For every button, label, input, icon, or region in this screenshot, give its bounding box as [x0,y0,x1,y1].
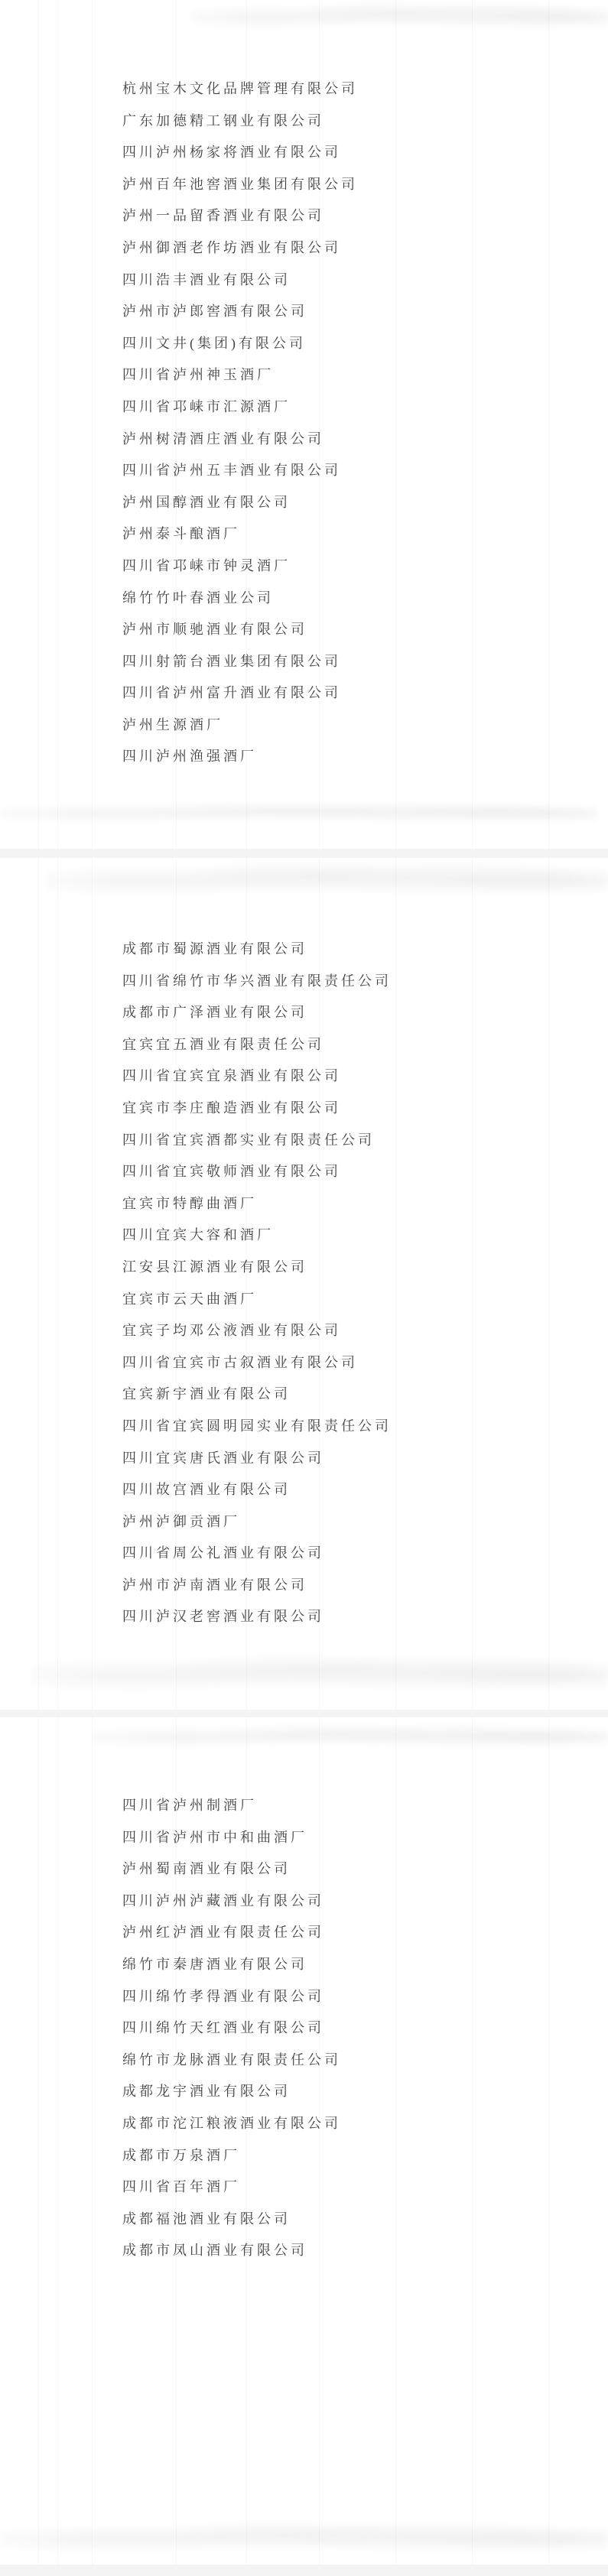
company-name: 成都福池酒业有限公司 [122,2204,341,2236]
scanned-document: { "document": { "type": "scanned company… [0,0,608,2576]
company-name: 宜宾子均邓公液酒业有限公司 [122,1315,392,1347]
page-separator-1 [0,849,608,858]
company-name: 成都龙宇酒业有限公司 [122,2076,341,2108]
company-name: 泸州一品留香酒业有限公司 [122,200,358,232]
company-name: 四川浩丰酒业有限公司 [122,265,358,297]
company-name: 杭州宝木文化品牌管理有限公司 [122,73,358,106]
company-name: 四川绵竹孝得酒业有限公司 [122,1981,341,2013]
scan-gridline [472,0,473,2576]
scan-gridline [548,0,549,2576]
company-name: 成都市凤山酒业有限公司 [122,2235,341,2267]
scan-smudge-top [191,0,608,34]
company-name: 四川省泸州富升酒业有限公司 [122,677,358,710]
company-name: 四川绵竹天红酒业有限公司 [122,2012,341,2045]
company-name: 泸州红泸酒业有限责任公司 [122,1917,341,1949]
company-name: 四川省宜宾宜泉酒业有限公司 [122,1061,392,1093]
scan-smudge-bottom [0,2519,608,2559]
company-name: 宜宾市特醇曲酒厂 [122,1188,392,1220]
company-name: 四川射箭台酒业集团有限公司 [122,646,358,678]
company-name: 江安县江源酒业有限公司 [122,1252,392,1284]
company-name: 绵竹市龙脉酒业有限责任公司 [122,2045,341,2077]
company-name: 四川泸汉老窖酒业有限公司 [122,1601,392,1633]
company-name: 四川文井(集团)有限公司 [122,328,358,360]
company-name: 四川省百年酒厂 [122,2172,341,2204]
company-name: 四川省泸州制酒厂 [122,1790,341,1822]
company-name: 成都市蜀源酒业有限公司 [122,934,392,966]
company-name: 泸州泸御贡酒厂 [122,1506,392,1538]
company-name: 四川省邛崃市钟灵酒厂 [122,551,358,583]
company-name: 绵竹市秦唐酒业有限公司 [122,1949,341,1981]
scan-gridline [92,0,93,2576]
company-name: 宜宾新宇酒业有限公司 [122,1379,392,1411]
company-name: 四川泸州泸藏酒业有限公司 [122,1886,341,1918]
scan-smudge-page3-top [92,1722,608,1753]
company-name: 四川省宜宾圆明园实业有限责任公司 [122,1411,392,1443]
company-name: 四川省泸州市中和曲酒厂 [122,1822,341,1854]
company-name: 四川宜宾唐氏酒业有限公司 [122,1443,392,1475]
page-separator-3 [0,2565,608,2576]
company-list-page-2: 成都市蜀源酒业有限公司四川省绵竹市华兴酒业有限责任公司成都市广泽酒业有限公司宜宾… [122,934,392,1633]
company-name: 四川省泸州神玉酒厂 [122,359,358,391]
company-name: 四川故宫酒业有限公司 [122,1474,392,1506]
company-name: 四川泸州渔强酒厂 [122,741,358,773]
company-list-page-3: 四川省泸州制酒厂四川省泸州市中和曲酒厂泸州蜀南酒业有限公司四川泸州泸藏酒业有限公… [122,1790,341,2267]
scan-smudge-page2-bottom [31,1652,608,1699]
company-name: 宜宾市云天曲酒厂 [122,1284,392,1316]
company-name: 泸州百年池窖酒业集团有限公司 [122,169,358,201]
scan-gridline [395,0,396,2576]
company-name: 四川省宜宾酒都实业有限责任公司 [122,1125,392,1157]
company-list-page-1: 杭州宝木文化品牌管理有限公司广东加德精工钢业有限公司四川泸州杨家将酒业有限公司泸… [122,73,358,773]
company-name: 泸州生源酒厂 [122,710,358,742]
company-name: 成都市广泽酒业有限公司 [122,997,392,1029]
company-name: 泸州蜀南酒业有限公司 [122,1853,341,1886]
company-name: 泸州国醇酒业有限公司 [122,487,358,519]
company-name: 绵竹竹叶春酒业公司 [122,583,358,615]
company-name: 成都市沱江粮液酒业有限公司 [122,2108,341,2140]
company-name: 宜宾宜五酒业有限责任公司 [122,1029,392,1061]
company-name: 四川省宜宾市古叙酒业有限公司 [122,1347,392,1379]
company-name: 泸州市顺驰酒业有限公司 [122,614,358,646]
company-name: 四川省宜宾敬师酒业有限公司 [122,1156,392,1188]
company-name: 泸州御酒老作坊酒业有限公司 [122,232,358,265]
company-name: 四川省泸州五丰酒业有限公司 [122,455,358,487]
page-separator-2 [0,1710,608,1717]
scan-smudge-page1-bottom [0,800,597,827]
company-name: 四川宜宾大容和酒厂 [122,1220,392,1252]
company-name: 泸州市泸南酒业有限公司 [122,1570,392,1602]
company-name: 成都市万泉酒厂 [122,2140,341,2172]
scan-gridline [57,0,58,2576]
scan-smudge-page2-top [46,859,608,902]
scan-gridline [38,0,39,2576]
company-name: 四川省周公礼酒业有限公司 [122,1538,392,1570]
company-name: 四川泸州杨家将酒业有限公司 [122,137,358,169]
company-name: 四川省绵竹市华兴酒业有限责任公司 [122,966,392,998]
company-name: 泸州市泸郎窖酒有限公司 [122,296,358,328]
company-name: 泸州泰斗酿酒厂 [122,518,358,551]
company-name: 四川省邛崃市汇源酒厂 [122,391,358,424]
company-name: 广东加德精工钢业有限公司 [122,106,358,138]
company-name: 泸州树清酒庄酒业有限公司 [122,424,358,456]
company-name: 宜宾市李庄酿造酒业有限公司 [122,1093,392,1125]
